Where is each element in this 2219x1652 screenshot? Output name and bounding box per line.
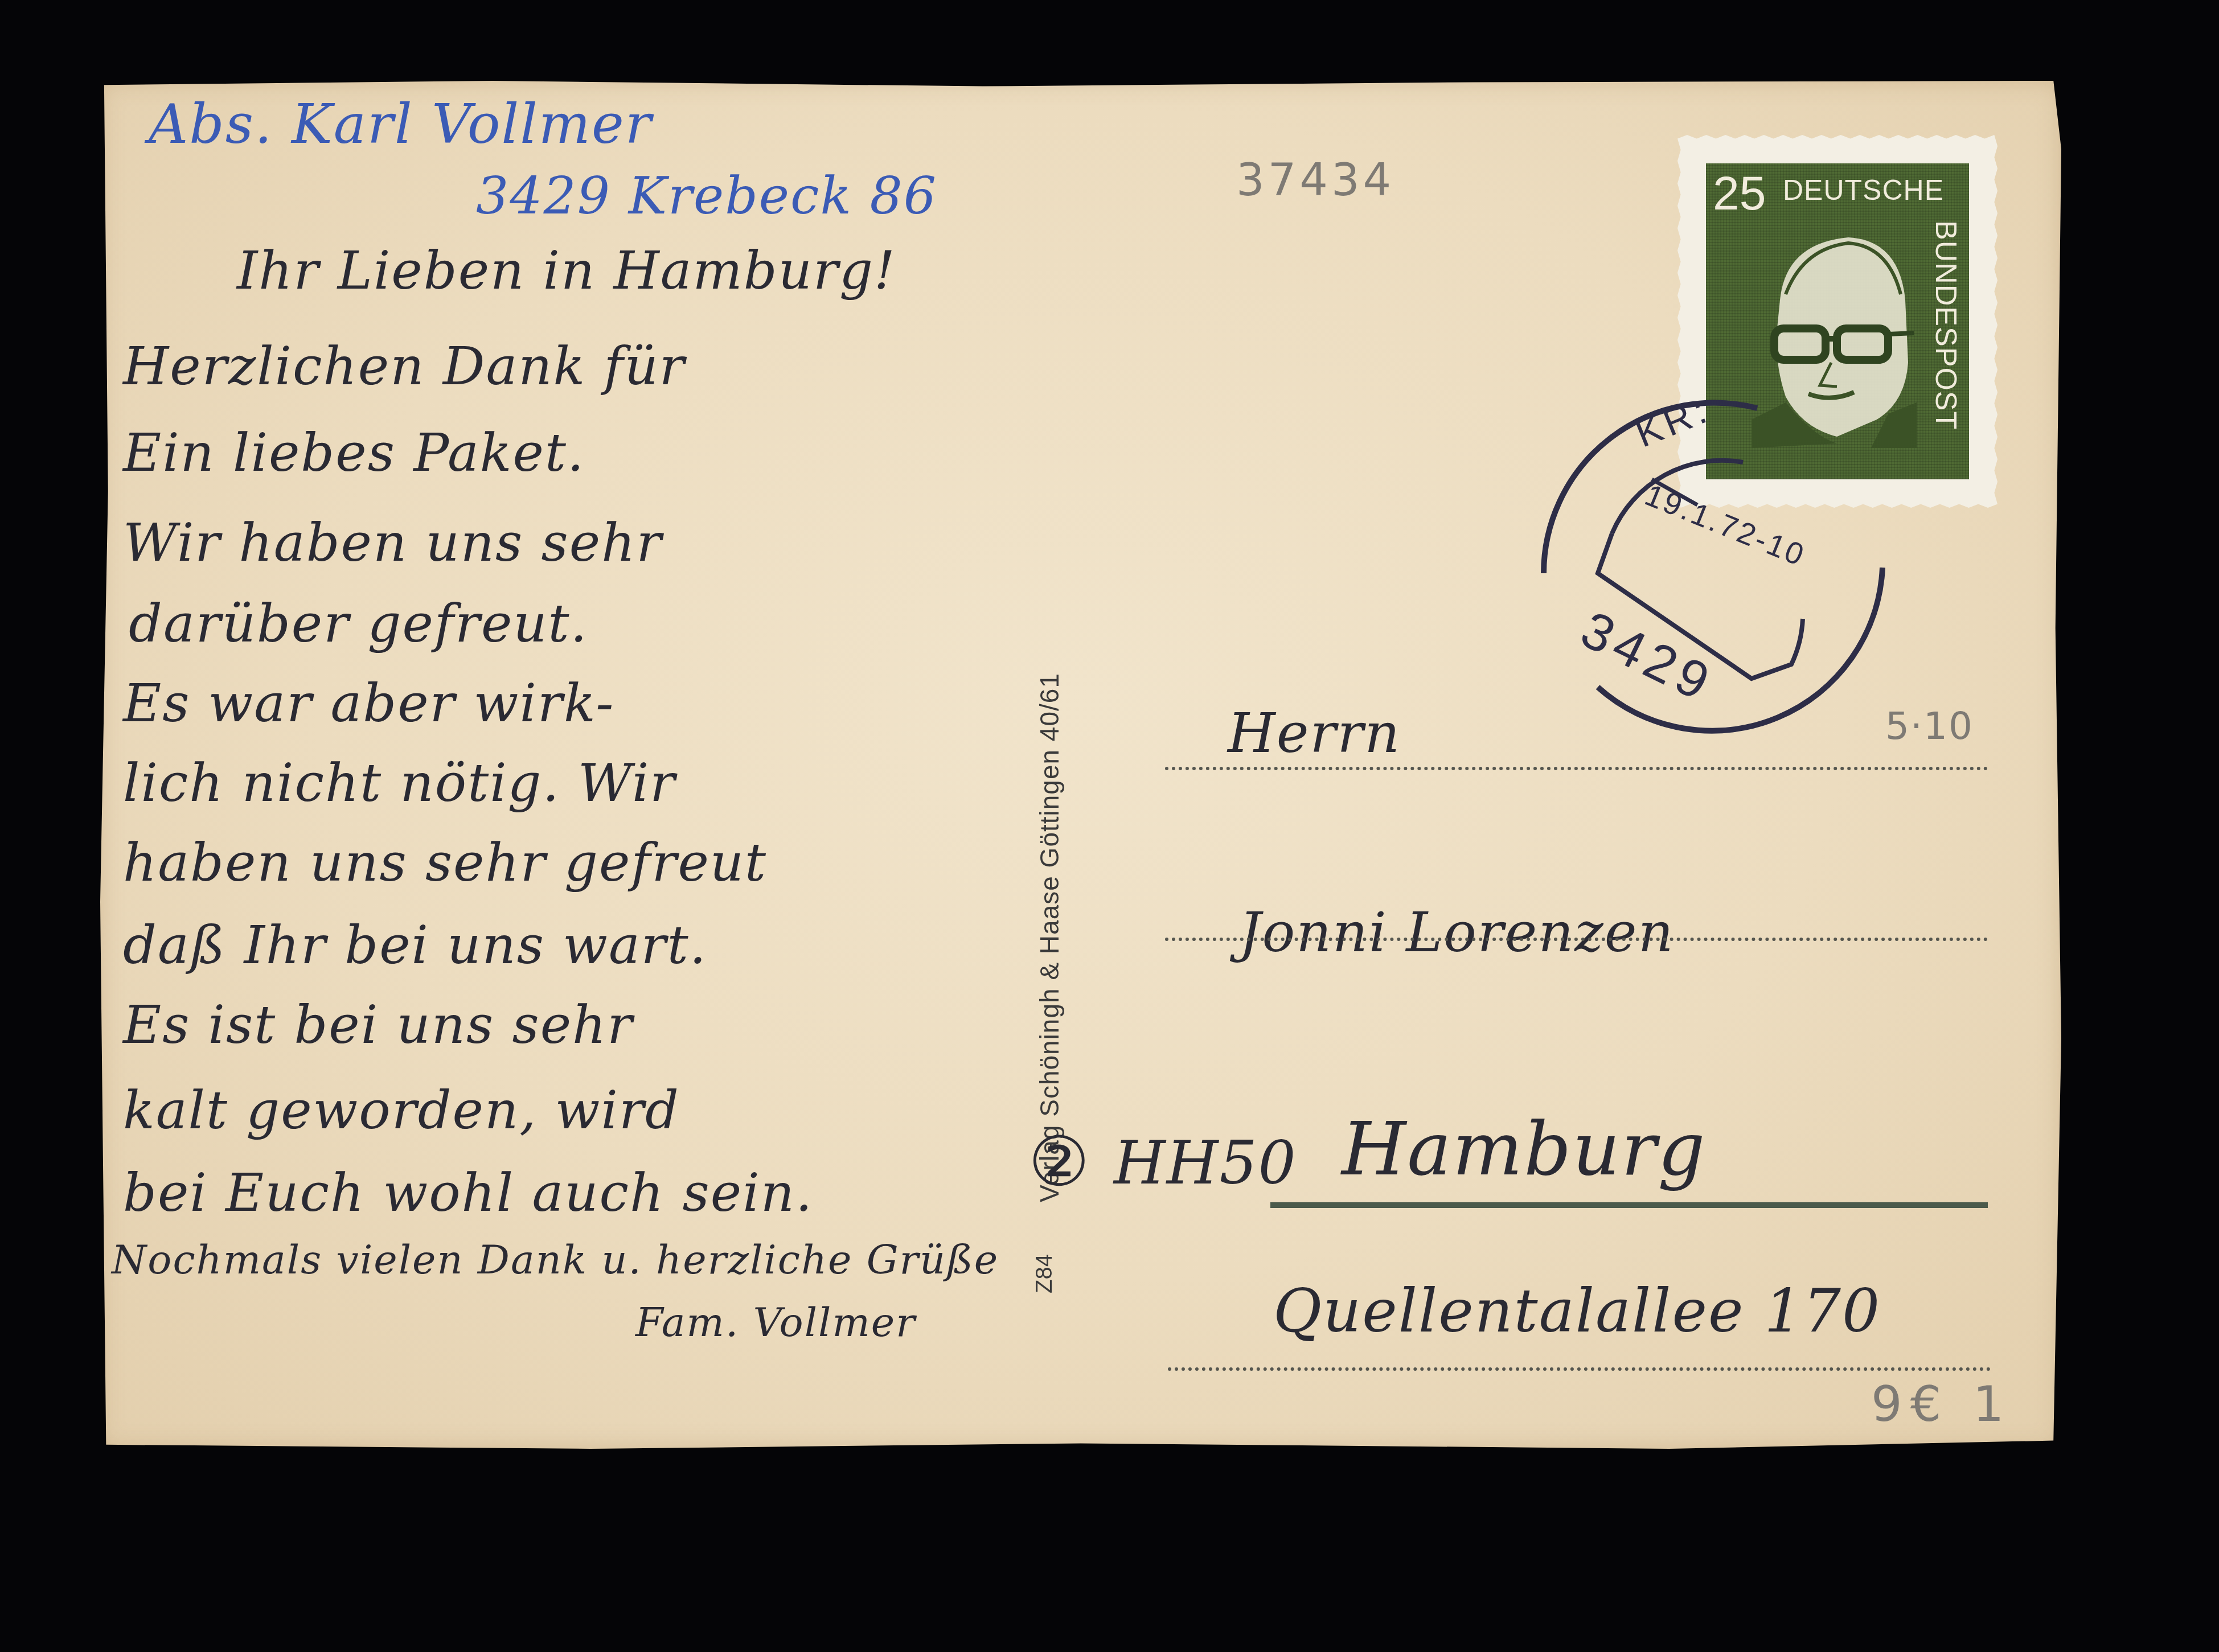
recipient-street: Quellentalallee 170 bbox=[1273, 1276, 1881, 1346]
catalog-note: 9€ 1 bbox=[1871, 1376, 2012, 1433]
message-line: kalt geworden, wird bbox=[123, 1080, 680, 1141]
message-line: Ein liebes Paket. bbox=[123, 422, 585, 483]
message-line: Es ist bei uns sehr bbox=[123, 995, 633, 1055]
recipient-postal: HH50 bbox=[1114, 1128, 1297, 1198]
address-line-3 bbox=[1270, 1202, 1988, 1208]
recipient-name: Jonni Lorenzen bbox=[1239, 901, 1674, 964]
stamp-bundespost-text: BUNDESPOST bbox=[1929, 220, 1963, 430]
message-line: Ihr Lieben in Hamburg! bbox=[237, 240, 896, 301]
message-line: Wir haben uns sehr bbox=[123, 512, 662, 573]
postcard: Abs. Karl Vollmer 3429 Krebeck 86 37434 … bbox=[100, 81, 2061, 1449]
sender-address: 3429 Krebeck 86 bbox=[476, 166, 937, 226]
publisher-imprint: Verlag Schöningh & Haase Göttingen 40/61 bbox=[1034, 354, 1080, 1208]
message-line: Herzlichen Dank für bbox=[123, 336, 686, 397]
message-line: lich nicht nötig. Wir bbox=[123, 753, 676, 813]
postmark: KR: 19.1.72-10 3429 bbox=[1518, 368, 1905, 755]
district-code: ② bbox=[1028, 1123, 1091, 1202]
address-line-4 bbox=[1168, 1367, 1991, 1371]
recipient-salutation: Herrn bbox=[1228, 701, 1401, 765]
address-line-1 bbox=[1165, 767, 1988, 770]
sender-name: Abs. Karl Vollmer bbox=[149, 92, 653, 156]
message-line: daß Ihr bei uns wart. bbox=[123, 915, 707, 976]
archive-number: 37434 bbox=[1236, 155, 1394, 206]
address-line-2 bbox=[1165, 938, 1988, 941]
message-line: Es war aber wirk- bbox=[123, 673, 614, 734]
stamp-bundespost: BUNDESPOST bbox=[1931, 220, 1965, 471]
stamp-country: DEUTSCHE bbox=[1783, 174, 1944, 207]
print-code: Z84 bbox=[1032, 1254, 1057, 1293]
message-line: bei Euch wohl auch sein. bbox=[123, 1162, 813, 1223]
message-line: Nochmals vielen Dank u. herzliche Grüße bbox=[112, 1236, 999, 1283]
message-line: haben uns sehr gefreut bbox=[123, 832, 767, 893]
message-line: darüber gefreut. bbox=[129, 593, 588, 654]
signature: Fam. Vollmer bbox=[635, 1299, 916, 1346]
stamp-value: 25 bbox=[1713, 166, 1766, 221]
recipient-city: Hamburg bbox=[1342, 1106, 1706, 1192]
